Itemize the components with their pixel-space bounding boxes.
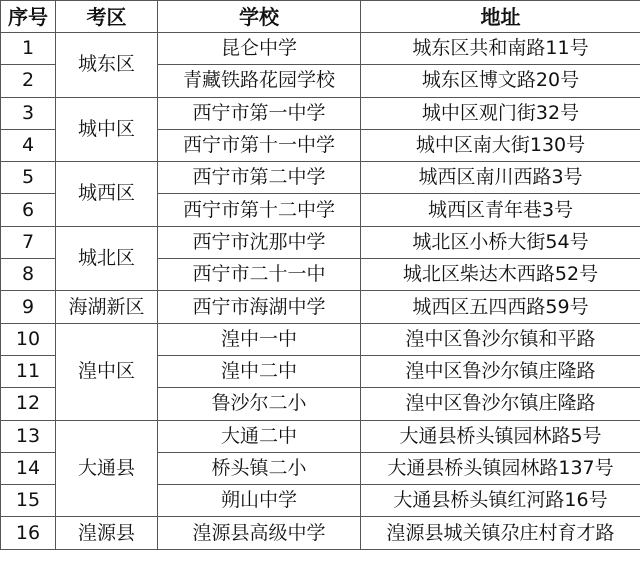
cell-index: 16 [1,517,56,549]
cell-address: 湟中区鲁沙尔镇和平路 [361,323,640,355]
cell-address: 湟中区鲁沙尔镇庄隆路 [361,388,640,420]
cell-school: 桥头镇二小 [158,452,361,484]
cell-index: 2 [1,65,56,97]
cell-address: 城北区柴达木西路52号 [361,259,640,291]
cell-address: 城西区五四西路59号 [361,291,640,323]
cell-address: 城中区观门街32号 [361,97,640,129]
cell-index: 6 [1,194,56,226]
cell-address: 城西区南川西路3号 [361,162,640,194]
cell-address: 大通县桥头镇红河路16号 [361,485,640,517]
header-school: 学校 [158,1,361,33]
cell-school: 大通二中 [158,420,361,452]
cell-address: 城东区共和南路11号 [361,33,640,65]
cell-school: 西宁市第十一中学 [158,129,361,161]
cell-index: 9 [1,291,56,323]
cell-school: 西宁市第二中学 [158,162,361,194]
cell-index: 1 [1,33,56,65]
cell-index: 13 [1,420,56,452]
cell-school: 西宁市第一中学 [158,97,361,129]
table-row: 5 城西区 西宁市第二中学 城西区南川西路3号 [1,162,640,194]
cell-index: 11 [1,355,56,387]
cell-district: 城中区 [56,97,158,162]
cell-district: 海湖新区 [56,291,158,323]
cell-school: 昆仑中学 [158,33,361,65]
cell-index: 8 [1,259,56,291]
cell-address: 城中区南大街130号 [361,129,640,161]
table-body: 1 城东区 昆仑中学 城东区共和南路11号 2 青藏铁路花园学校 城东区博文路2… [1,33,640,550]
cell-district: 城西区 [56,162,158,227]
table-row: 7 城北区 西宁市沈那中学 城北区小桥大街54号 [1,226,640,258]
cell-school: 朔山中学 [158,485,361,517]
cell-district: 城东区 [56,33,158,98]
cell-address: 大通县桥头镇园林路5号 [361,420,640,452]
cell-address: 城东区博文路20号 [361,65,640,97]
exam-site-table: 序号 考区 学校 地址 1 城东区 昆仑中学 城东区共和南路11号 2 青藏铁路… [0,0,640,550]
cell-school: 西宁市第十二中学 [158,194,361,226]
cell-index: 10 [1,323,56,355]
cell-index: 7 [1,226,56,258]
cell-school: 青藏铁路花园学校 [158,65,361,97]
header-index: 序号 [1,1,56,33]
cell-school: 西宁市海湖中学 [158,291,361,323]
cell-district: 大通县 [56,420,158,517]
cell-district: 湟中区 [56,323,158,420]
cell-address: 湟中区鲁沙尔镇庄隆路 [361,355,640,387]
header-address: 地址 [361,1,640,33]
table-header: 序号 考区 学校 地址 [1,1,640,33]
cell-index: 14 [1,452,56,484]
cell-school: 西宁市沈那中学 [158,226,361,258]
cell-address: 城西区青年巷3号 [361,194,640,226]
cell-index: 15 [1,485,56,517]
header-row: 序号 考区 学校 地址 [1,1,640,33]
table-row: 13 大通县 大通二中 大通县桥头镇园林路5号 [1,420,640,452]
table-row: 10 湟中区 湟中一中 湟中区鲁沙尔镇和平路 [1,323,640,355]
table-row: 9 海湖新区 西宁市海湖中学 城西区五四西路59号 [1,291,640,323]
cell-address: 湟源县城关镇尕庄村育才路 [361,517,640,549]
cell-index: 12 [1,388,56,420]
table-row: 16 湟源县 湟源县高级中学 湟源县城关镇尕庄村育才路 [1,517,640,549]
cell-district: 湟源县 [56,517,158,549]
cell-address: 大通县桥头镇园林路137号 [361,452,640,484]
cell-index: 5 [1,162,56,194]
cell-school: 湟中一中 [158,323,361,355]
cell-index: 4 [1,129,56,161]
cell-school: 湟源县高级中学 [158,517,361,549]
header-district: 考区 [56,1,158,33]
cell-school: 鲁沙尔二小 [158,388,361,420]
table-row: 3 城中区 西宁市第一中学 城中区观门街32号 [1,97,640,129]
cell-district: 城北区 [56,226,158,291]
cell-address: 城北区小桥大街54号 [361,226,640,258]
table-row: 1 城东区 昆仑中学 城东区共和南路11号 [1,33,640,65]
cell-index: 3 [1,97,56,129]
cell-school: 西宁市二十一中 [158,259,361,291]
cell-school: 湟中二中 [158,355,361,387]
